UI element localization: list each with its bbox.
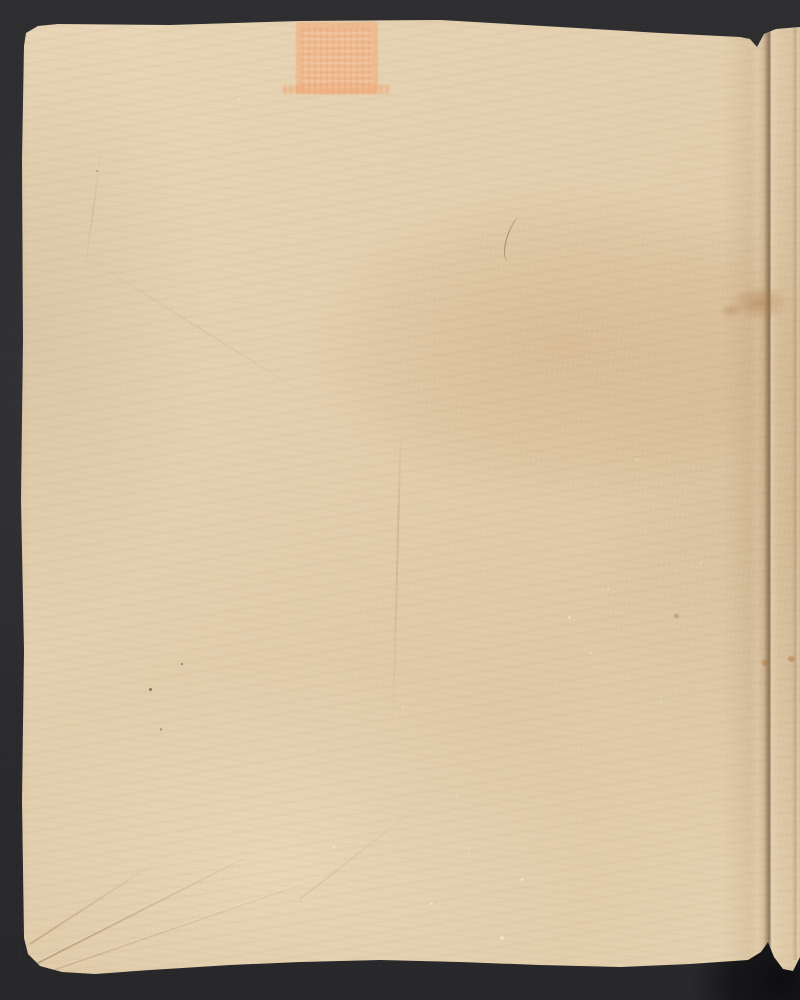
paper-speck [500,936,504,940]
scene-description: Digitized photograph of a blank aged pap… [0,0,1,1]
paper-speck [430,902,433,905]
paper-speck [660,700,663,703]
brown-spot [674,614,679,618]
photograph-backing-cloth: Digitized photograph of a blank aged pap… [0,0,800,1000]
stamp-caption-row [283,85,389,94]
paper-speck [590,652,592,654]
adhesive-stain-small [720,304,742,318]
fore-edge-crease [792,28,800,960]
dark-speck [181,663,183,665]
binding-fold-crease [758,24,780,964]
paper-speck [548,760,550,762]
binding-fold-shadow [722,26,762,962]
paper-speck [402,706,404,708]
dark-speck [149,688,152,691]
paper-speck [332,846,335,849]
brown-spot [788,656,795,662]
brown-spot [762,660,769,666]
paper-speck [521,878,524,881]
paper-speck [607,588,609,590]
paper-speck [455,795,458,798]
book-page [0,0,800,1000]
seal-stamp-characters [302,28,372,88]
paper-speck [312,748,315,751]
paper-texture [0,0,800,1000]
paper-speck [568,616,571,619]
paper-speck [238,98,240,100]
dark-speck [160,728,162,731]
seal-stamp [296,22,378,94]
paper-speck [700,562,702,564]
paper-speck [468,852,470,854]
dark-speck [96,170,98,172]
paper-speck [636,458,638,460]
